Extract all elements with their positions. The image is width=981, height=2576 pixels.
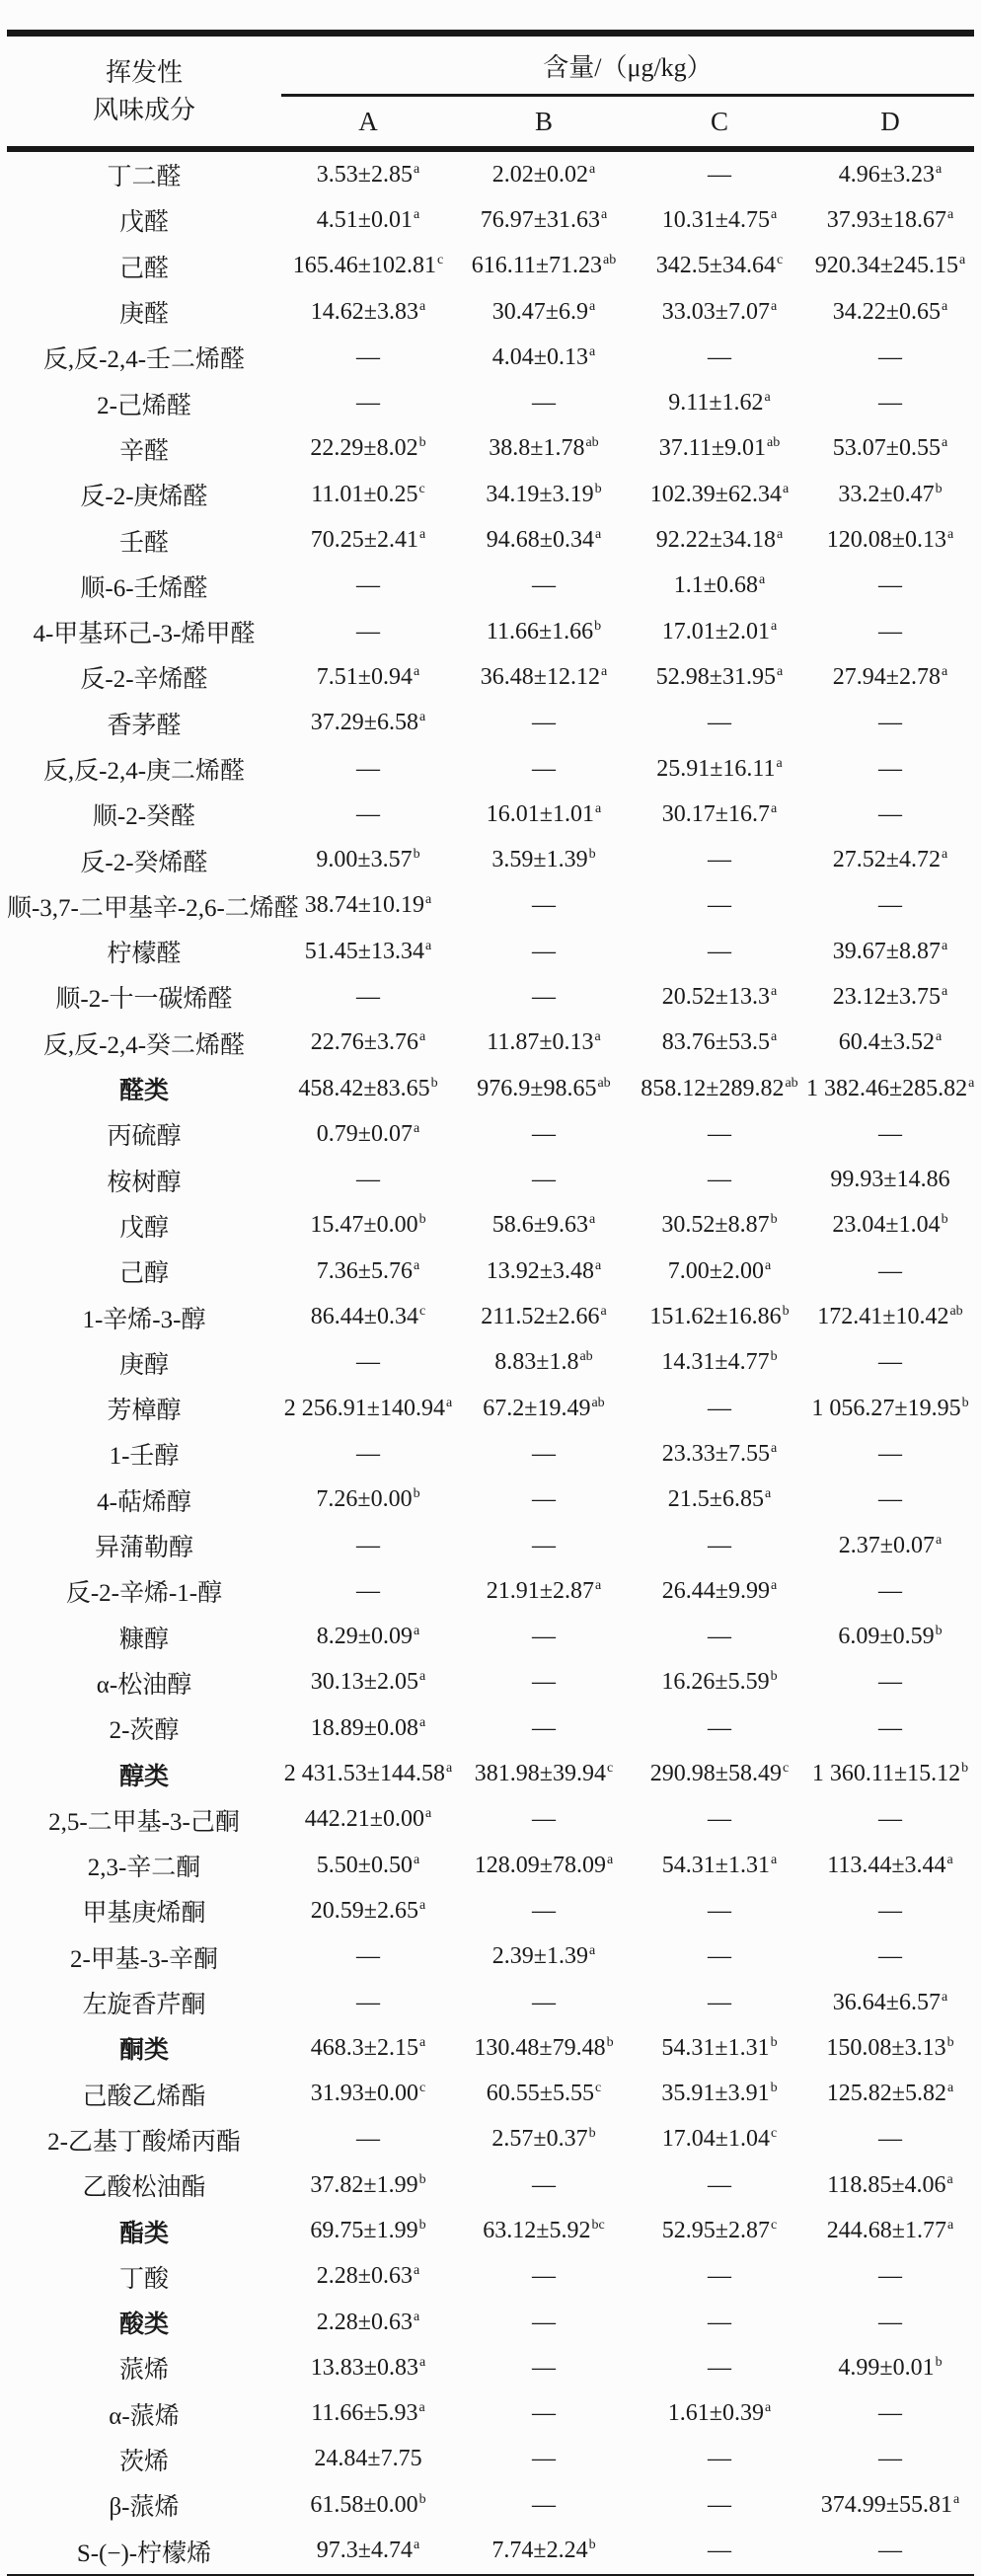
significance-superscript: b (771, 1212, 778, 1227)
measurement-value: — (532, 1990, 556, 2015)
significance-superscript: ab (603, 253, 616, 267)
sample-column-header-d: D (806, 96, 974, 150)
measurement-value: — (356, 1943, 380, 1969)
significance-superscript: a (425, 1806, 431, 1821)
measurement-value: — (878, 572, 902, 598)
measurement-value: — (532, 1167, 556, 1192)
table-row: 酮类468.3±2.15a130.48±79.48b54.31±1.31b150… (7, 2025, 974, 2071)
measurement-value: — (532, 2400, 556, 2426)
significance-superscript: a (942, 939, 947, 953)
value-cell: — (281, 1158, 455, 1203)
value-cell: 11.66±1.66b (455, 609, 633, 654)
value-cell: — (633, 2254, 806, 2300)
significance-superscript: b (419, 435, 426, 450)
compound-name: 甲基庚烯酮 (7, 1888, 281, 1933)
measurement-value: — (356, 619, 380, 644)
value-cell: — (806, 1568, 974, 1614)
measurement-value: 8.83±1.8 (494, 1349, 578, 1375)
volatile-flavor-compounds-table: 挥发性 风味成分 含量/（μg/kg） ABCD 丁二醛3.53±2.85a2.… (7, 30, 974, 2576)
value-cell: 130.48±79.48b (455, 2025, 633, 2071)
significance-superscript: a (942, 984, 947, 999)
value-cell: — (633, 1980, 806, 2025)
measurement-value: 70.25±2.41 (311, 527, 418, 553)
significance-superscript: a (419, 1669, 425, 1684)
compound-name: 芳樟醇 (7, 1386, 281, 1431)
measurement-value: — (878, 710, 902, 735)
value-cell: 63.12±5.92bc (455, 2208, 633, 2253)
value-cell: 7.74±2.24b (455, 2528, 633, 2576)
measurement-value: 21.91±2.87 (487, 1578, 594, 1604)
significance-superscript: a (589, 162, 595, 177)
value-cell: — (281, 746, 455, 792)
table-row: 桉树醇———99.93±14.86 (7, 1158, 974, 1203)
measurement-value: — (356, 801, 380, 827)
measurement-value: — (532, 2172, 556, 2198)
value-cell: 11.66±5.93a (281, 2391, 455, 2437)
significance-superscript: a (419, 1715, 425, 1730)
value-cell: — (806, 2528, 974, 2576)
measurement-value: — (878, 1806, 902, 1832)
value-cell: — (633, 1705, 806, 1751)
category-total-name: 酮类 (7, 2025, 281, 2071)
value-cell: — (455, 1797, 633, 1843)
value-cell: 60.4±3.52a (806, 1021, 974, 1066)
measurement-value: 33.2±0.47 (838, 482, 934, 507)
measurement-value: — (532, 2492, 556, 2518)
value-cell: 92.22±34.18a (633, 517, 806, 563)
measurement-value: 7.26±0.00 (316, 1486, 412, 1512)
compound-name: 庚醛 (7, 289, 281, 335)
value-cell: 113.44±3.44a (806, 1843, 974, 1888)
measurement-value: 11.87±0.13 (487, 1029, 593, 1055)
value-cell: — (281, 380, 455, 425)
value-cell: — (281, 564, 455, 609)
compound-name: 己醛 (7, 244, 281, 289)
value-cell: — (281, 1980, 455, 2025)
value-cell: 34.19±3.19b (455, 472, 633, 517)
value-cell: 5.50±0.50a (281, 1843, 455, 1888)
measurement-value: — (878, 1898, 902, 1924)
compound-name: 茨烯 (7, 2437, 281, 2482)
measurement-value: 13.83±0.83 (311, 2355, 418, 2381)
measurement-value: — (878, 801, 902, 827)
significance-superscript: a (942, 435, 947, 450)
measurement-value: — (708, 2492, 731, 2518)
value-cell: — (455, 701, 633, 746)
compound-name: 反,反-2,4-庚二烯醛 (7, 746, 281, 792)
value-cell: — (455, 1477, 633, 1523)
table-row: 壬醛70.25±2.41a94.68±0.34a92.22±34.18a120.… (7, 517, 974, 563)
significance-superscript: a (771, 1441, 777, 1456)
measurement-value: 94.68±0.34 (487, 527, 594, 553)
table-row: 芳樟醇2 256.91±140.94a67.2±19.49ab—1 056.27… (7, 1386, 974, 1431)
measurement-value: 30.13±2.05 (311, 1669, 418, 1695)
measurement-value: — (356, 984, 380, 1010)
value-cell: 67.2±19.49ab (455, 1386, 633, 1431)
table-row: 4-甲基环己-3-烯甲醛—11.66±1.66b17.01±2.01a— (7, 609, 974, 654)
significance-superscript: ab (591, 1396, 604, 1410)
significance-superscript: a (595, 1029, 601, 1044)
significance-superscript: a (595, 801, 601, 816)
table-row: 反-2-辛烯-1-醇—21.91±2.87a26.44±9.99a— (7, 1568, 974, 1614)
significance-superscript: b (589, 2126, 596, 2141)
compound-name: 左旋香芹酮 (7, 1980, 281, 2025)
significance-superscript: b (414, 1486, 420, 1501)
significance-superscript: c (607, 1761, 613, 1776)
value-cell: 2.39±1.39a (455, 1934, 633, 1980)
value-cell: 53.07±0.55a (806, 426, 974, 472)
measurement-value: 120.08±0.13 (827, 527, 946, 553)
measurement-value: 92.22±34.18 (656, 527, 776, 553)
value-cell: 20.59±2.65a (281, 1888, 455, 1933)
significance-superscript: a (771, 299, 777, 314)
value-cell: 16.26±5.59b (633, 1660, 806, 1705)
value-cell: — (455, 1431, 633, 1477)
category-total-name: 醇类 (7, 1751, 281, 1796)
significance-superscript: b (589, 2538, 596, 2552)
table-row: 异蒲勒醇———2.37±0.07a (7, 1523, 974, 1568)
value-cell: — (806, 1340, 974, 1386)
significance-superscript: a (414, 1258, 419, 1273)
value-cell: — (806, 609, 974, 654)
measurement-value: — (356, 756, 380, 782)
measurement-value: — (708, 2538, 731, 2563)
significance-superscript: a (777, 756, 783, 771)
measurement-value: 39.67±8.87 (833, 939, 941, 964)
value-cell: — (455, 746, 633, 792)
compound-name: 柠檬醛 (7, 929, 281, 974)
value-cell: — (455, 380, 633, 425)
value-cell: 7.00±2.00a (633, 1249, 806, 1294)
significance-superscript: ab (767, 435, 780, 450)
measurement-value: 10.31±4.75 (662, 207, 770, 233)
value-cell: 60.55±5.55c (455, 2071, 633, 2116)
value-cell: — (455, 2391, 633, 2437)
measurement-value: 52.98±31.95 (656, 664, 776, 690)
value-cell: 7.51±0.94a (281, 654, 455, 700)
significance-superscript: a (446, 1396, 452, 1410)
measurement-value: — (532, 939, 556, 964)
significance-superscript: b (947, 2035, 954, 2050)
measurement-value: — (708, 939, 731, 964)
measurement-value: — (878, 2538, 902, 2563)
significance-superscript: ab (585, 435, 598, 450)
measurement-value: 172.41±10.42 (817, 1304, 948, 1329)
value-cell: 165.46±102.81c (281, 244, 455, 289)
table-row: β-蒎烯61.58±0.00b——374.99±55.81a (7, 2482, 974, 2528)
measurement-value: 458.42±83.65 (298, 1076, 429, 1101)
sample-column-header-a: A (281, 96, 455, 150)
compound-name: 2-甲基-3-辛酮 (7, 1934, 281, 1980)
compound-name: 壬醛 (7, 517, 281, 563)
measurement-value: 58.6±9.63 (492, 1212, 588, 1238)
measurement-value: 37.11±9.01 (659, 435, 766, 461)
compound-name: 庚醇 (7, 1340, 281, 1386)
significance-superscript: a (783, 482, 789, 496)
measurement-value: — (356, 1578, 380, 1604)
value-cell: 1.1±0.68a (633, 564, 806, 609)
value-cell: 54.31±1.31a (633, 1843, 806, 1888)
category-total-name: 酸类 (7, 2300, 281, 2345)
value-cell: 128.09±78.09a (455, 1843, 633, 1888)
table-row: 己醇7.36±5.76a13.92±3.48a7.00±2.00a— (7, 1249, 974, 1294)
value-cell: — (455, 1158, 633, 1203)
value-cell: 7.36±5.76a (281, 1249, 455, 1294)
table-row: 己醛165.46±102.81c616.11±71.23ab342.5±34.6… (7, 244, 974, 289)
measurement-value: 244.68±1.77 (827, 2218, 946, 2243)
significance-superscript: b (607, 2035, 614, 2050)
value-cell: 11.87±0.13a (455, 1021, 633, 1066)
value-cell: 1.61±0.39a (633, 2391, 806, 2437)
significance-superscript: a (414, 664, 419, 679)
measurement-value: — (532, 1624, 556, 1649)
significance-superscript: a (947, 2218, 953, 2233)
value-cell: 22.76±3.76a (281, 1021, 455, 1066)
measurement-value: 23.33±7.55 (662, 1441, 770, 1467)
significance-superscript: b (962, 1396, 969, 1410)
measurement-value: 23.04±1.04 (832, 1212, 940, 1238)
table-row: 醛类458.42±83.65b976.9±98.65ab858.12±289.8… (7, 1066, 974, 1111)
value-cell: 4.99±0.01b (806, 2345, 974, 2390)
measurement-value: 22.76±3.76 (311, 1029, 418, 1055)
value-cell: 52.95±2.87c (633, 2208, 806, 2253)
measurement-value: 3.59±1.39 (491, 847, 587, 872)
value-cell: — (455, 883, 633, 929)
measurement-value: 60.55±5.55 (487, 2081, 594, 2106)
content-unit-header: 含量/（μg/kg） (281, 34, 974, 96)
table-row: 2,5-二甲基-3-己酮442.21±0.00a——— (7, 1797, 974, 1843)
sample-column-header-c: C (633, 96, 806, 150)
value-cell: 9.11±1.62a (633, 380, 806, 425)
measurement-value: — (532, 1441, 556, 1467)
compound-column-header: 挥发性 风味成分 (7, 34, 281, 150)
significance-superscript: b (771, 1669, 778, 1684)
compound-name: 戊醇 (7, 1203, 281, 1249)
table-row: 乙酸松油酯37.82±1.99b——118.85±4.06a (7, 2162, 974, 2208)
significance-superscript: a (968, 1076, 974, 1091)
significance-superscript: a (771, 1029, 777, 1044)
table-row: 左旋香芹酮———36.64±6.57a (7, 1980, 974, 2025)
value-cell: — (633, 883, 806, 929)
measurement-value: 976.9±98.65 (477, 1076, 596, 1101)
value-cell: — (455, 1111, 633, 1157)
measurement-value: — (708, 1624, 731, 1649)
measurement-value: — (356, 572, 380, 598)
table-row: 庚醛14.62±3.83a30.47±6.9a33.03±7.07a34.22±… (7, 289, 974, 335)
value-cell: 244.68±1.77a (806, 2208, 974, 2253)
significance-superscript: a (414, 1853, 419, 1867)
measurement-value: — (532, 984, 556, 1010)
measurement-value: — (708, 1943, 731, 1969)
measurement-value: 102.39±62.34 (650, 482, 782, 507)
measurement-value: — (708, 710, 731, 735)
measurement-value: 5.50±0.50 (317, 1853, 413, 1878)
value-cell: 17.04±1.04c (633, 2117, 806, 2162)
significance-superscript: b (936, 1624, 943, 1638)
value-cell: — (455, 2300, 633, 2345)
significance-superscript: a (942, 847, 947, 862)
measurement-value: 54.31±1.31 (662, 1853, 770, 1878)
measurement-value: 2.02±0.02 (492, 162, 588, 188)
compound-name: 顺-2-十一碳烯醛 (7, 974, 281, 1020)
compound-name: 2-茨醇 (7, 1705, 281, 1751)
value-cell: — (281, 974, 455, 1020)
value-cell: — (455, 1660, 633, 1705)
compound-name: 香茅醛 (7, 701, 281, 746)
significance-superscript: a (759, 572, 765, 587)
significance-superscript: a (771, 207, 777, 222)
value-cell: — (633, 2528, 806, 2576)
measurement-value: 1 382.46±285.82 (806, 1076, 967, 1101)
value-cell: 35.91±3.91b (633, 2071, 806, 2116)
value-cell: 86.44±0.34c (281, 1294, 455, 1339)
measurement-value: 30.17±16.7 (662, 801, 770, 827)
table-row: 2-乙基丁酸烯丙酯—2.57±0.37b17.04±1.04c— (7, 2117, 974, 2162)
value-cell: — (806, 1888, 974, 1933)
value-cell: 0.79±0.07a (281, 1111, 455, 1157)
measurement-value: 30.47±6.9 (492, 299, 588, 325)
measurement-value: 2 431.53±144.58 (284, 1761, 445, 1786)
table-row: 顺-2-十一碳烯醛——20.52±13.3a23.12±3.75a (7, 974, 974, 1020)
value-cell: — (806, 2117, 974, 2162)
value-cell: — (806, 2300, 974, 2345)
measurement-value: 38.74±10.19 (305, 892, 424, 918)
measurement-value: 16.01±1.01 (487, 801, 594, 827)
table-row: 2,3-辛二酮5.50±0.50a128.09±78.09a54.31±1.31… (7, 1843, 974, 1888)
table-row: 1-壬醇——23.33±7.55a— (7, 1431, 974, 1477)
table-row: 反-2-辛烯醛7.51±0.94a36.48±12.12a52.98±31.95… (7, 654, 974, 700)
measurement-value: 342.5±34.64 (656, 253, 776, 278)
table-row: 2-茨醇18.89±0.08a——— (7, 1705, 974, 1751)
table-row: α-蒎烯11.66±5.93a—1.61±0.39a— (7, 2391, 974, 2437)
significance-superscript: a (589, 1943, 595, 1958)
value-cell: 38.74±10.19a (281, 883, 455, 929)
value-cell: 16.01±1.01a (455, 792, 633, 837)
measurement-value: 2.28±0.63 (317, 2310, 413, 2335)
compound-name: 2,5-二甲基-3-己酮 (7, 1797, 281, 1843)
value-cell: — (281, 1431, 455, 1477)
measurement-value: 113.44±3.44 (827, 1853, 945, 1878)
significance-superscript: a (419, 710, 425, 724)
value-cell: — (281, 1340, 455, 1386)
value-cell: — (633, 2300, 806, 2345)
compound-name: 反-2-癸烯醛 (7, 837, 281, 882)
measurement-value: 23.12±3.75 (833, 984, 941, 1010)
measurement-value: — (532, 1486, 556, 1512)
value-cell: 2 431.53±144.58a (281, 1751, 455, 1796)
measurement-value: 4.51±0.01 (317, 207, 413, 233)
significance-superscript: b (942, 1212, 948, 1227)
measurement-value: 4.04±0.13 (492, 344, 588, 370)
compound-name: 4-萜烯醇 (7, 1477, 281, 1523)
value-cell: 76.97±31.63a (455, 197, 633, 243)
value-cell: 97.3±4.74a (281, 2528, 455, 2576)
table-row: 香茅醛37.29±6.58a——— (7, 701, 974, 746)
measurement-value: — (878, 1669, 902, 1695)
compound-name: S-(−)-柠檬烯 (7, 2528, 281, 2576)
measurement-value: — (708, 2263, 731, 2289)
compound-name: 反-2-庚烯醛 (7, 472, 281, 517)
significance-superscript: a (936, 162, 942, 177)
value-cell: 20.52±13.3a (633, 974, 806, 1020)
value-cell: 120.08±0.13a (806, 517, 974, 563)
table-row: 丙硫醇0.79±0.07a——— (7, 1111, 974, 1157)
table-row: 反-2-庚烯醛11.01±0.25c34.19±3.19b102.39±62.3… (7, 472, 974, 517)
measurement-value: 34.22±0.65 (833, 299, 941, 325)
significance-superscript: c (771, 2126, 777, 2141)
measurement-value: — (532, 892, 556, 918)
measurement-value: 63.12±5.92 (483, 2218, 590, 2243)
significance-superscript: a (765, 390, 771, 405)
significance-superscript: b (431, 1076, 438, 1091)
measurement-value: 128.09±78.09 (475, 1853, 606, 1878)
measurement-value: 2 256.91±140.94 (284, 1396, 445, 1421)
measurement-value: — (708, 2172, 731, 2198)
measurement-value: — (878, 2400, 902, 2426)
measurement-value: — (708, 847, 731, 872)
significance-superscript: a (947, 527, 953, 542)
table-row: 蒎烯13.83±0.83a——4.99±0.01b (7, 2345, 974, 2390)
value-cell: 58.6±9.63a (455, 1203, 633, 1249)
value-cell: — (455, 1615, 633, 1660)
value-cell: 920.34±245.15a (806, 244, 974, 289)
value-cell: — (806, 701, 974, 746)
measurement-value: — (708, 1898, 731, 1924)
compound-name: 1-辛烯-3-醇 (7, 1294, 281, 1339)
value-cell: 69.75±1.99b (281, 2208, 455, 2253)
value-cell: — (455, 1888, 633, 1933)
value-cell: 11.01±0.25c (281, 472, 455, 517)
compound-name: 反,反-2,4-壬二烯醛 (7, 335, 281, 380)
measurement-value: 1.61±0.39 (668, 2400, 764, 2426)
significance-superscript: a (771, 984, 777, 999)
measurement-value: 37.93±18.67 (827, 207, 946, 233)
measurement-value: 53.07±0.55 (833, 435, 941, 461)
value-cell: 17.01±2.01a (633, 609, 806, 654)
significance-superscript: a (601, 1304, 607, 1319)
significance-superscript: a (595, 1258, 601, 1273)
value-cell: — (281, 1568, 455, 1614)
table-row: 1-辛烯-3-醇86.44±0.34c211.52±2.66a151.62±16… (7, 1294, 974, 1339)
significance-superscript: a (771, 1578, 777, 1593)
value-cell: — (281, 792, 455, 837)
measurement-value: 60.4±3.52 (839, 1029, 935, 1055)
significance-superscript: c (437, 253, 443, 267)
measurement-value: 130.48±79.48 (474, 2035, 605, 2061)
value-cell: — (455, 2254, 633, 2300)
table-row: α-松油醇30.13±2.05a—16.26±5.59b— (7, 1660, 974, 1705)
value-cell: 18.89±0.08a (281, 1705, 455, 1751)
table-row: S-(−)-柠檬烯97.3±4.74a7.74±2.24b—— (7, 2528, 974, 2576)
compound-name: 异蒲勒醇 (7, 1523, 281, 1568)
measurement-value: — (532, 2355, 556, 2381)
value-cell: — (281, 1523, 455, 1568)
measurement-value: 4.99±0.01 (838, 2355, 934, 2381)
value-cell: — (633, 2345, 806, 2390)
value-cell: 31.93±0.00c (281, 2071, 455, 2116)
measurement-value: 14.31±4.77 (661, 1349, 769, 1375)
significance-superscript: b (936, 2355, 943, 2370)
measurement-value: 27.52±4.72 (833, 847, 941, 872)
value-cell: — (806, 1660, 974, 1705)
measurement-value: 86.44±0.34 (311, 1304, 418, 1329)
value-cell: 150.08±3.13b (806, 2025, 974, 2071)
table-row: 反,反-2,4-庚二烯醛——25.91±16.11a— (7, 746, 974, 792)
value-cell: — (806, 335, 974, 380)
measurement-value: 6.09±0.59 (838, 1624, 934, 1649)
value-cell: — (633, 1523, 806, 1568)
measurement-value: 920.34±245.15 (815, 253, 958, 278)
